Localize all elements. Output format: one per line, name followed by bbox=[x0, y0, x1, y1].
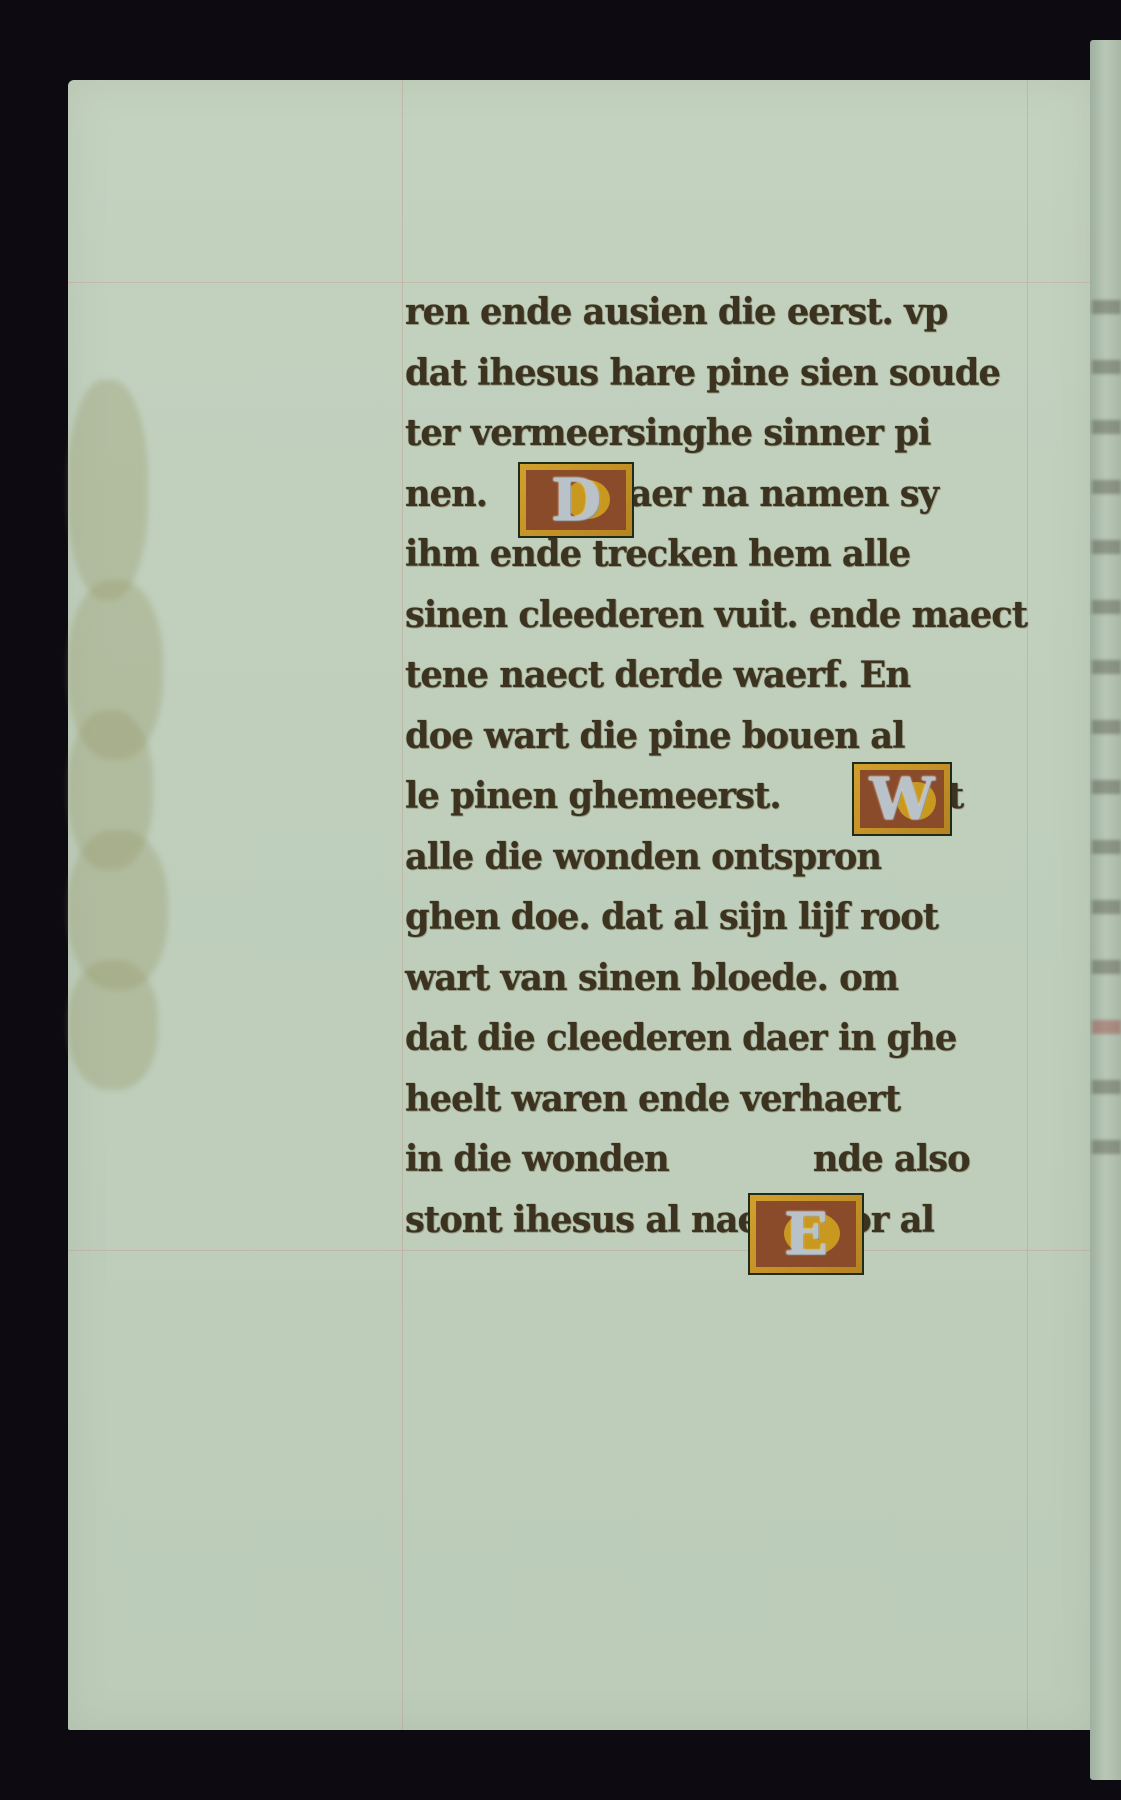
text-line-13: dat die cleederen daer in ghe bbox=[405, 1008, 1032, 1069]
illuminated-initial-d: D bbox=[518, 462, 634, 538]
neighboring-leaf bbox=[1090, 40, 1121, 1780]
text-line-16: stont ihesus al naect voor al bbox=[405, 1190, 1032, 1251]
text-line-4-end: aer na namen sy bbox=[629, 473, 938, 515]
text-line-11: ghen doe. dat al sijn lijf root bbox=[405, 887, 1032, 948]
text-line-14: heelt waren ende verhaert bbox=[405, 1069, 1032, 1130]
ruling-line-left bbox=[402, 80, 403, 1730]
text-line-6: sinen cleederen vuit. ende maect bbox=[405, 585, 1032, 646]
text-line-2: dat ihesus hare pine sien soude bbox=[405, 343, 1032, 404]
text-line-7: tene naect derde waerf. En bbox=[405, 645, 1032, 706]
text-line-4-start: nen. bbox=[405, 473, 487, 515]
text-line-5: ihm ende trecken hem alle bbox=[405, 524, 1032, 585]
text-line-12: wart van sinen bloede. om bbox=[405, 948, 1032, 1009]
water-stain bbox=[68, 960, 158, 1090]
text-line-1: ren ende ausien die eerst. vp bbox=[405, 282, 1032, 343]
text-line-9-start: le pinen ghemeerst. bbox=[405, 775, 781, 817]
text-line-15-start: in die wonden bbox=[405, 1138, 669, 1180]
text-line-8: doe wart die pine bouen al bbox=[405, 706, 1032, 767]
text-line-4: nen. aer na namen sy bbox=[405, 464, 1032, 525]
illuminated-initial-w: W bbox=[852, 762, 952, 836]
illuminated-initial-e: E bbox=[748, 1193, 864, 1275]
text-line-3: ter vermeersinghe sinner pi bbox=[405, 403, 1032, 464]
text-line-15: in die wonden nde also bbox=[405, 1129, 1032, 1190]
ruling-line-bottom bbox=[68, 1250, 1090, 1251]
text-line-15-end: nde also bbox=[813, 1138, 970, 1180]
water-stain bbox=[68, 380, 148, 600]
